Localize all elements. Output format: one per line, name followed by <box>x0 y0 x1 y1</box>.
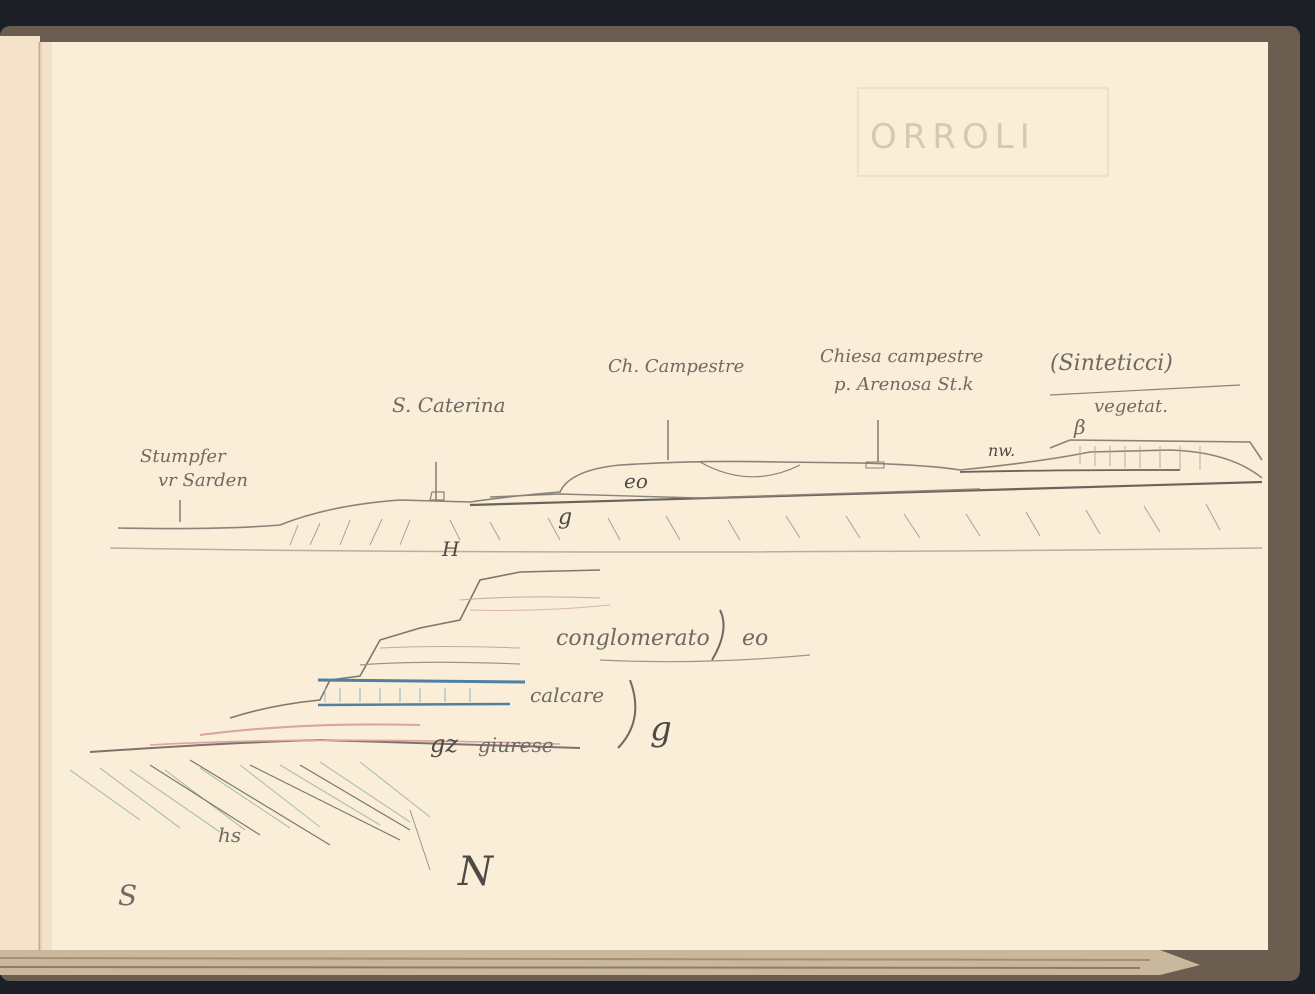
label-gesso-mark: gz <box>430 730 458 758</box>
label-h-upper: H <box>441 537 460 561</box>
bleed-through-title: ORROLI <box>870 117 1036 157</box>
label-middle-right-line1: Chiesa campestre <box>820 346 983 367</box>
label-eo-upper: eo <box>624 469 648 493</box>
label-sinteticci: (Sinteticci) <box>1050 351 1173 376</box>
label-calcare: calcare <box>530 683 604 707</box>
label-nw: nw. <box>988 441 1015 460</box>
page-edges <box>0 950 1200 975</box>
label-g-lower: g <box>650 709 672 749</box>
label-conglomerato: conglomerato <box>556 626 710 651</box>
label-campestre: Ch. Campestre <box>608 356 744 377</box>
label-hs: hs <box>218 823 241 847</box>
label-eo-lower: eo <box>742 626 768 651</box>
label-vegetation: vegetat. <box>1094 396 1168 417</box>
label-far-left-line1: Stumpfer <box>140 446 227 467</box>
label-north: N <box>457 849 495 895</box>
label-s-caterina: S. Caterina <box>392 393 506 417</box>
label-far-left-line2: vr Sarden <box>158 470 248 491</box>
label-g-upper: g <box>558 505 572 530</box>
left-page <box>0 36 40 950</box>
sketchbook-scan: ORROLI <box>0 0 1315 994</box>
label-middle-right-line2: p. Arenosa St.k <box>834 374 974 395</box>
label-giurassico: giurese <box>478 733 554 757</box>
label-south: S <box>118 879 137 912</box>
label-beta: β <box>1073 415 1086 439</box>
